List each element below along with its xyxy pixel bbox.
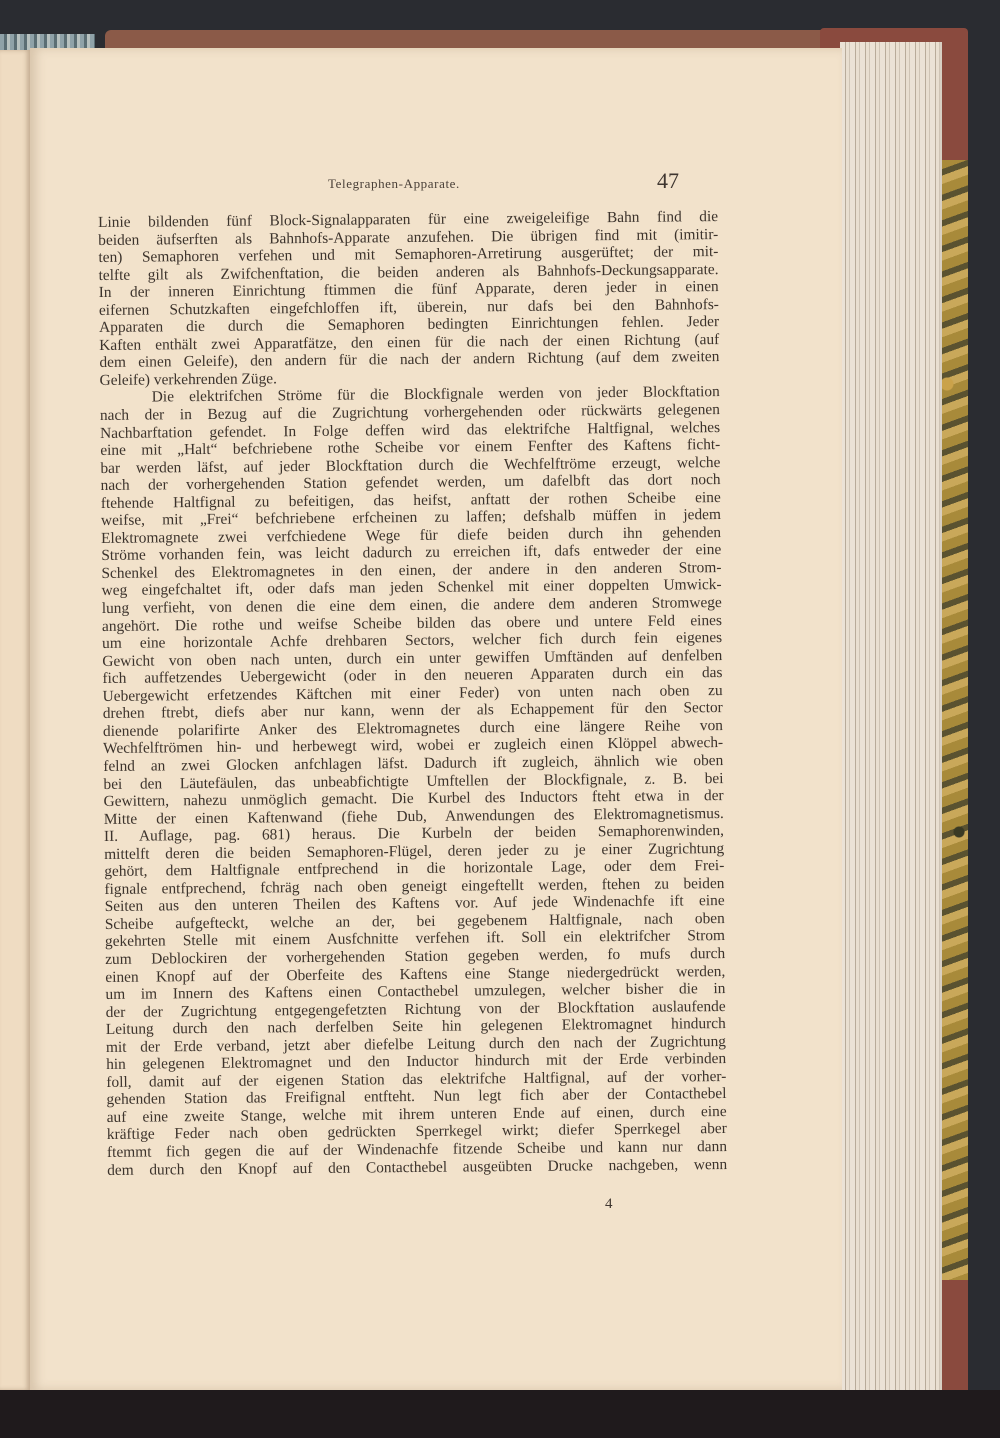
page-edges (840, 42, 942, 1390)
background-shadow (0, 1390, 1000, 1438)
previous-page-edge (0, 50, 30, 1390)
running-header: Telegraphen-Apparate. (328, 176, 460, 192)
page-number: 47 (657, 168, 679, 194)
body-text: Linie bildenden fünf Block-Signalapparat… (98, 208, 727, 1179)
marbled-cover-strip (938, 160, 968, 1280)
signature-mark: 4 (605, 1196, 613, 1213)
